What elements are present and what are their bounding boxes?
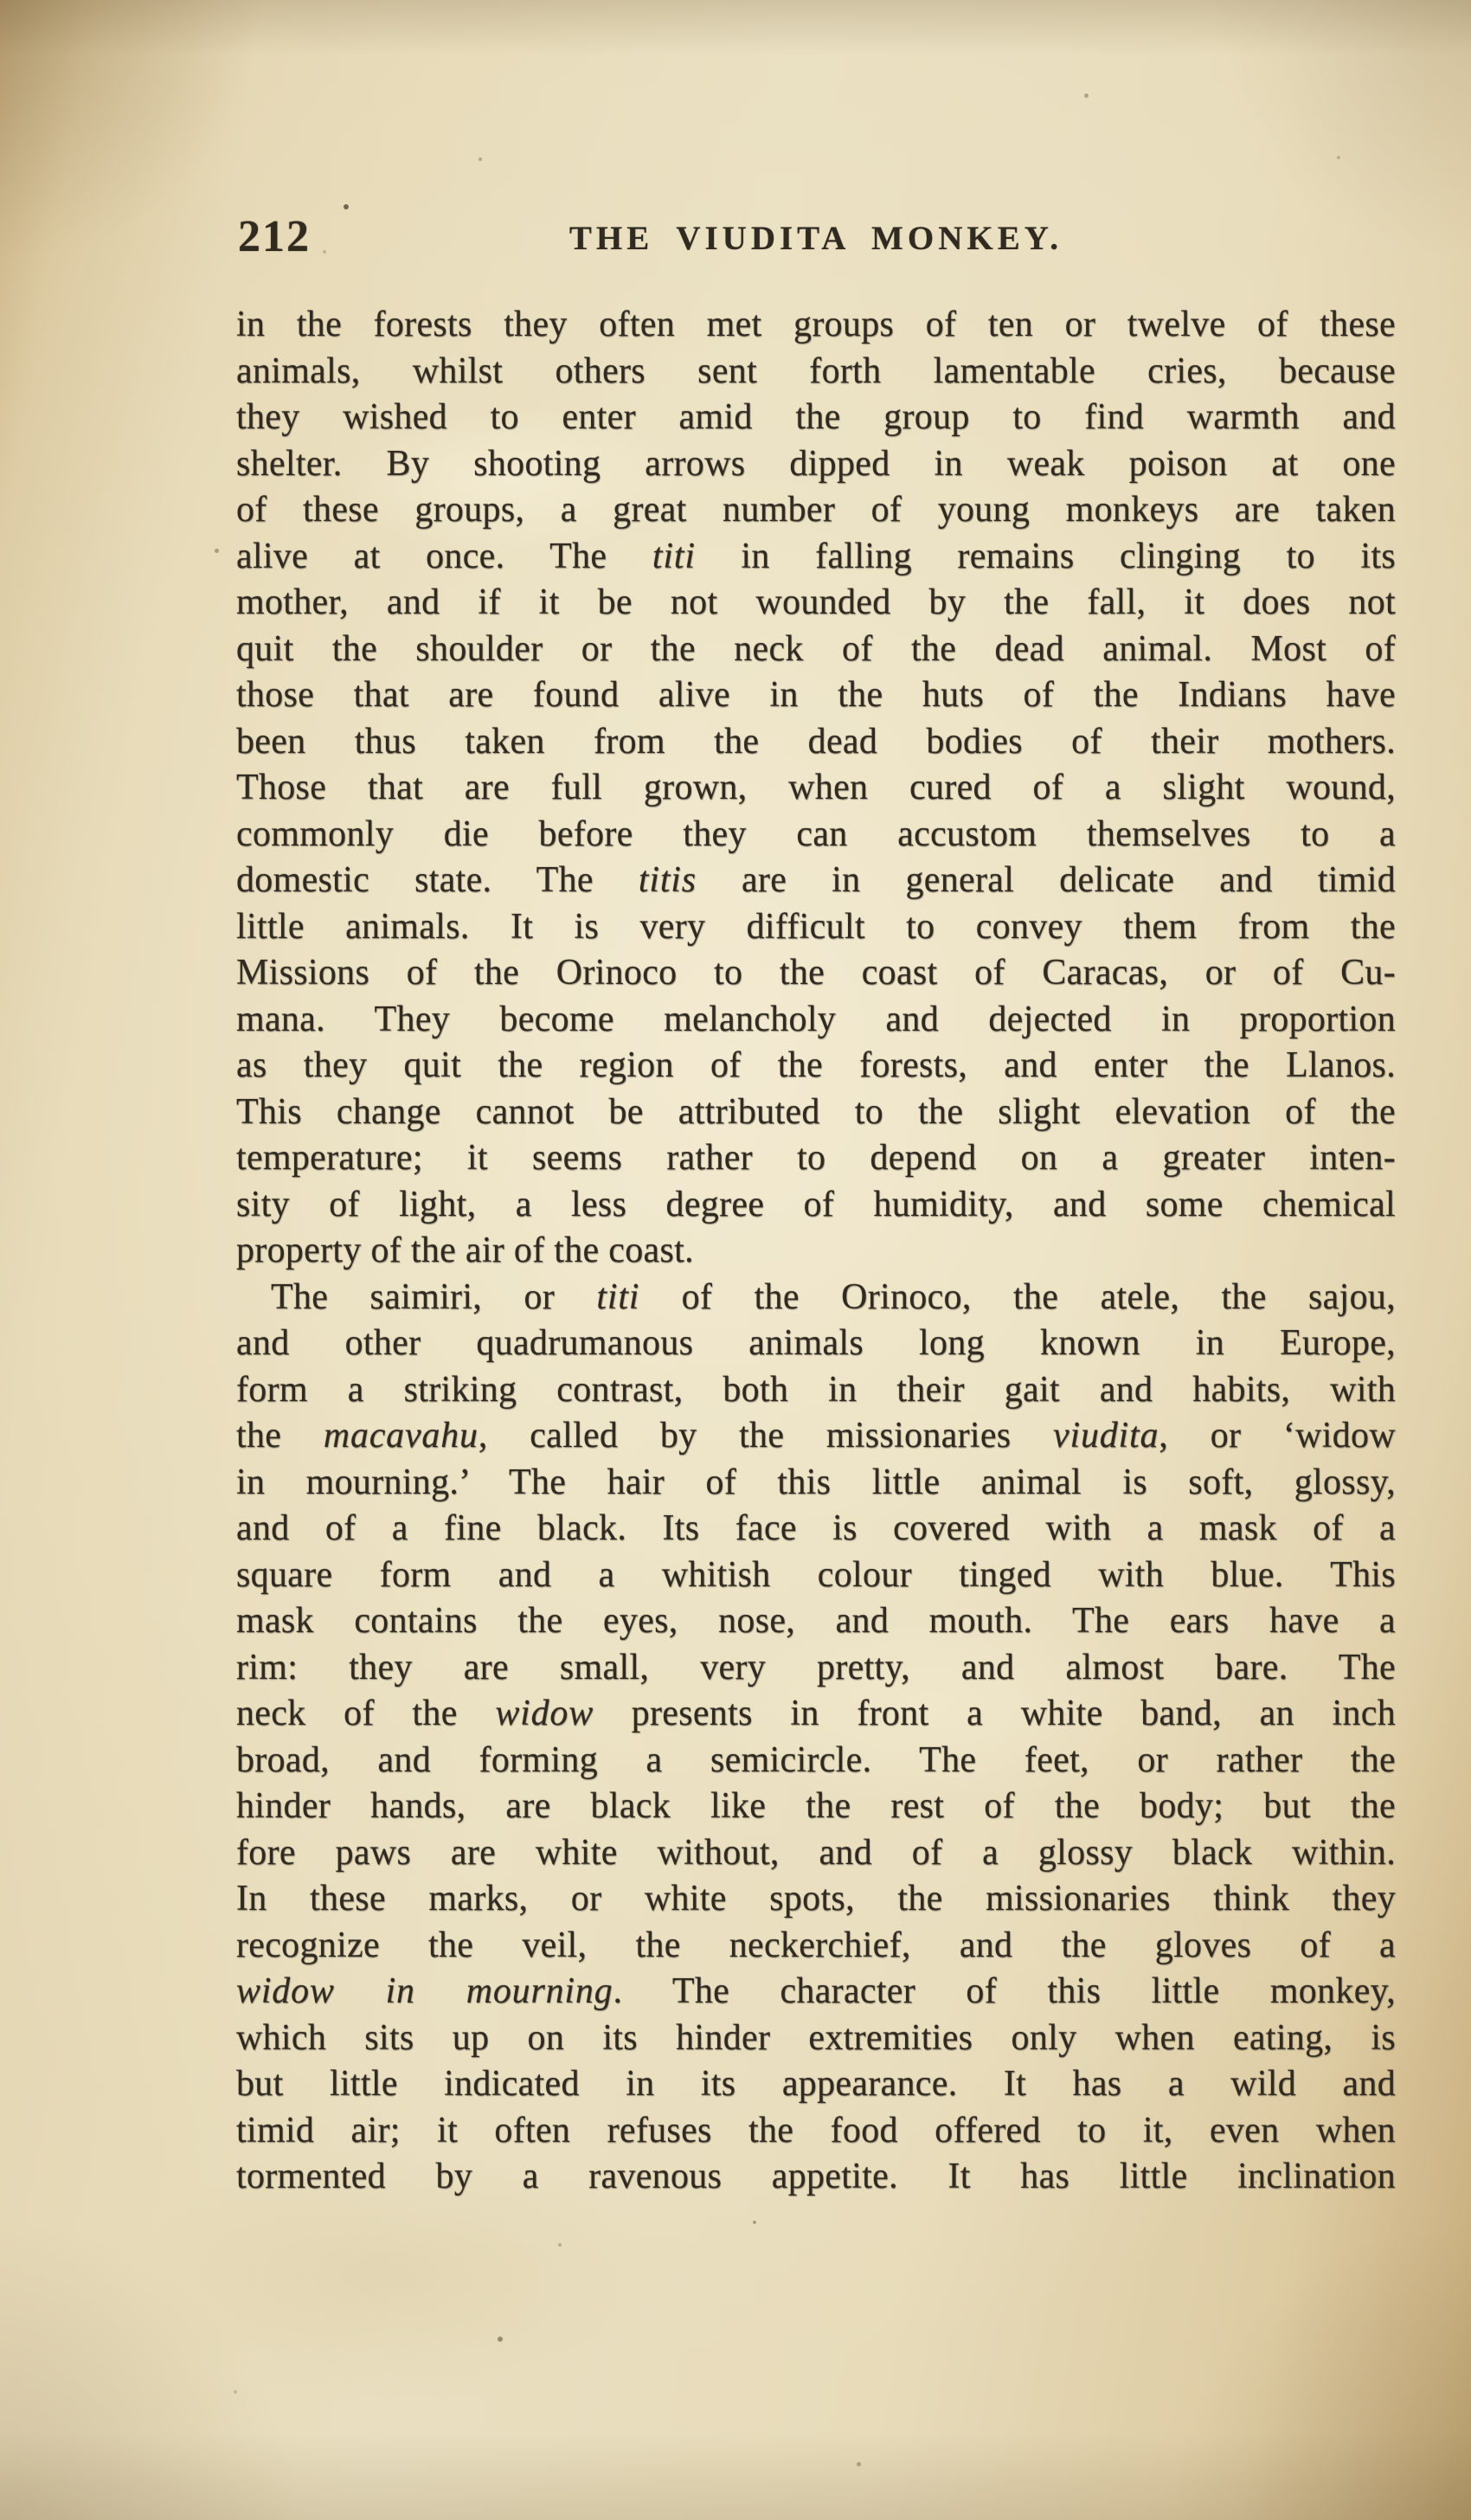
ink-speck	[234, 2390, 237, 2394]
text-line: and other quadrumanous animals long know…	[236, 1321, 1396, 1367]
text-line: been thus taken from the dead bodies of …	[236, 719, 1396, 766]
ink-speck	[215, 549, 219, 553]
text-line: neck of the widow presents in front a wh…	[236, 1691, 1396, 1738]
text-line: mana. They become melancholy and dejecte…	[236, 997, 1396, 1044]
ink-speck	[857, 2462, 861, 2466]
text-line: property of the air of the coast.	[236, 1228, 1396, 1275]
text-line: they wished to enter amid the group to f…	[236, 395, 1396, 441]
text-line: broad, and forming a semicircle. The fee…	[236, 1738, 1396, 1784]
text-line: shelter. By shooting arrows dipped in we…	[236, 441, 1396, 488]
ink-speck	[498, 2337, 503, 2342]
text-line: in mourning.’ The hair of this little an…	[236, 1460, 1396, 1507]
text-line: quit the shoulder or the neck of the dea…	[236, 627, 1396, 673]
text-line: but little indicated in its appearance. …	[236, 2061, 1396, 2108]
running-title: THE VIUDITA MONKEY.	[236, 222, 1396, 255]
text-line: the macavahu, called by the missionaries…	[236, 1413, 1396, 1460]
text-line: widow in mourning. The character of this…	[236, 1969, 1396, 2015]
running-head: 212 THE VIUDITA MONKEY.	[236, 0, 1396, 268]
text-line: and of a fine black. Its face is covered…	[236, 1506, 1396, 1552]
text-line: little animals. It is very difficult to …	[236, 904, 1396, 951]
ink-speck	[558, 2243, 562, 2247]
text-line: rim: they are small, very pretty, and al…	[236, 1645, 1396, 1692]
text-block: in the forests they often met groups of …	[236, 302, 1396, 2201]
text-line: domestic state. The titis are in general…	[236, 858, 1396, 904]
text-line: in the forests they often met groups of …	[236, 302, 1396, 349]
text-line: square form and a whitish colour tinged …	[236, 1552, 1396, 1599]
ink-speck	[753, 2221, 756, 2224]
text-line: fore paws are white without, and of a gl…	[236, 1830, 1396, 1877]
text-line: form a striking contrast, both in their …	[236, 1367, 1396, 1414]
text-line: Missions of the Orinoco to the coast of …	[236, 950, 1396, 997]
text-line: In these marks, or white spots, the miss…	[236, 1876, 1396, 1923]
text-line: as they quit the region of the forests, …	[236, 1043, 1396, 1090]
book-page: 212 THE VIUDITA MONKEY. in the forests t…	[0, 0, 1471, 2520]
text-line: of these groups, a great number of young…	[236, 487, 1396, 534]
text-line: commonly die before they can accustom th…	[236, 812, 1396, 858]
text-line: sity of light, a less degree of humidity…	[236, 1182, 1396, 1229]
text-line: mask contains the eyes, nose, and mouth.…	[236, 1598, 1396, 1645]
text-line: This change cannot be attributed to the …	[236, 1090, 1396, 1136]
text-line: Those that are full grown, when cured of…	[236, 765, 1396, 812]
text-line: hinder hands, are black like the rest of…	[236, 1784, 1396, 1830]
text-line: which sits up on its hinder extremities …	[236, 2015, 1396, 2062]
text-line: alive at once. The titi in falling remai…	[236, 534, 1396, 581]
text-line: timid air; it often refuses the food off…	[236, 2108, 1396, 2155]
text-line: The saimiri, or titi of the Orinoco, the…	[236, 1275, 1396, 1321]
text-line: mother, and if it be not wounded by the …	[236, 580, 1396, 627]
text-line: those that are found alive in the huts o…	[236, 672, 1396, 719]
text-line: temperature; it seems rather to depend o…	[236, 1135, 1396, 1182]
text-line: tormented by a ravenous appetite. It has…	[236, 2154, 1396, 2201]
text-line: animals, whilst others sent forth lament…	[236, 349, 1396, 395]
text-line: recognize the veil, the neckerchief, and…	[236, 1923, 1396, 1970]
